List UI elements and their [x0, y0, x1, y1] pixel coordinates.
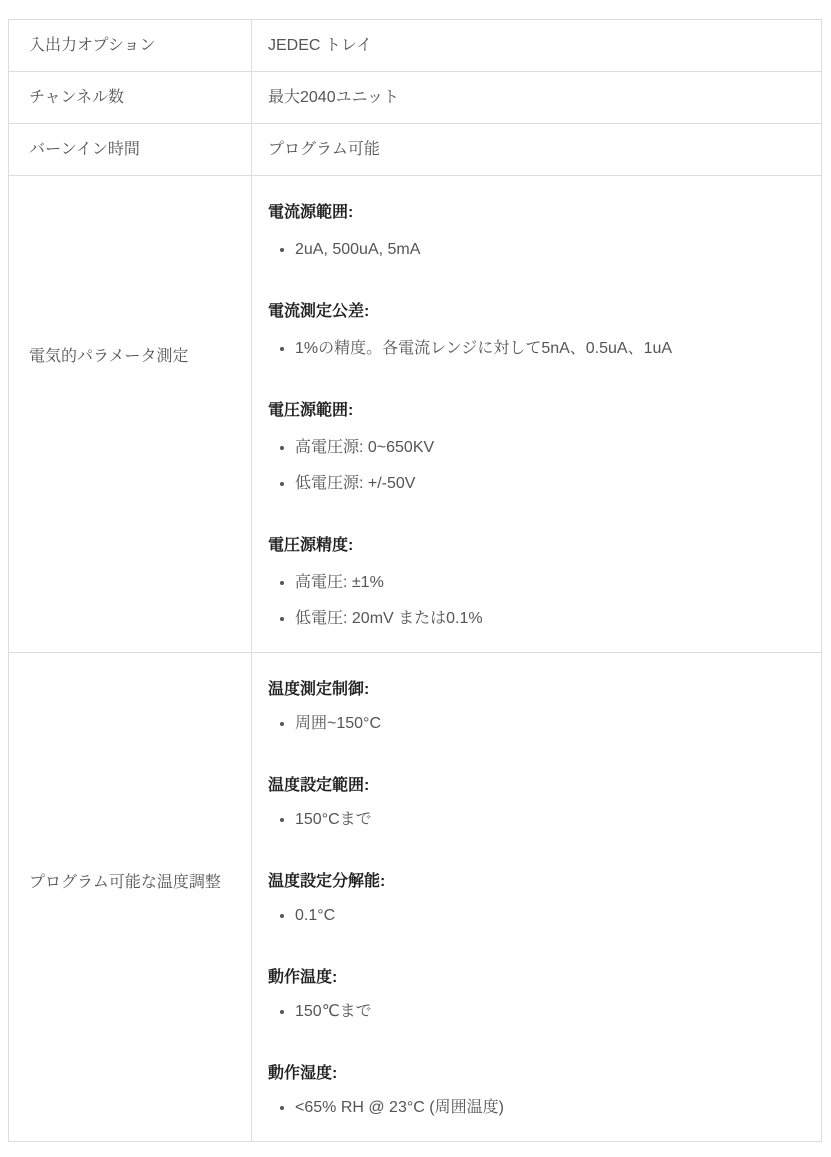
- spec-bullet-list: 1%の精度。各電流レンジに対して5nA、0.5uA、1uA: [268, 337, 801, 361]
- spec-bullet-item: 2uA, 500uA, 5mA: [295, 238, 801, 262]
- spec-value: プログラム可能: [252, 124, 822, 176]
- spec-bullet-list: 高電圧: ±1%低電圧: 20mV または0.1%: [268, 571, 801, 631]
- spec-bullet-item: 高電圧源: 0~650KV: [295, 436, 801, 460]
- spec-value-text: JEDEC トレイ: [268, 37, 372, 54]
- spec-section-title: 温度測定制御:: [268, 678, 801, 702]
- spec-label: 電気的パラメータ測定: [9, 176, 252, 653]
- spec-section-title: 動作湿度:: [268, 1062, 801, 1086]
- table-row: 電気的パラメータ測定電流源範囲:2uA, 500uA, 5mA電流測定公差:1%…: [9, 176, 822, 653]
- table-row: プログラム可能な温度調整温度測定制御:周囲~150°C温度設定範囲:150°Cま…: [9, 653, 822, 1142]
- spec-table-body: 入出力オプションJEDEC トレイチャンネル数最大2040ユニットバーンイン時間…: [9, 20, 822, 1142]
- spec-section-title: 電圧源範囲:: [268, 399, 801, 423]
- spec-bullet-item: 周囲~150°C: [295, 712, 801, 736]
- table-row: チャンネル数最大2040ユニット: [9, 72, 822, 124]
- spec-bullet-item: 0.1°C: [295, 904, 801, 928]
- spec-bullet-item: 高電圧: ±1%: [295, 571, 801, 595]
- spec-value: 電流源範囲:2uA, 500uA, 5mA電流測定公差:1%の精度。各電流レンジ…: [252, 176, 822, 653]
- spec-value: 温度測定制御:周囲~150°C温度設定範囲:150°Cまで温度設定分解能:0.1…: [252, 653, 822, 1142]
- spec-bullet-item: <65% RH @ 23°C (周囲温度): [295, 1096, 801, 1120]
- spec-bullet-item: 150℃まで: [295, 1000, 801, 1024]
- spec-section-title: 温度設定分解能:: [268, 870, 801, 894]
- spec-value: JEDEC トレイ: [252, 20, 822, 72]
- spec-bullet-list: 150°Cまで: [268, 808, 801, 832]
- spec-bullet-item: 低電圧源: +/-50V: [295, 472, 801, 496]
- spec-label: チャンネル数: [9, 72, 252, 124]
- spec-section-title: 電流測定公差:: [268, 300, 801, 324]
- spec-bullet-list: 周囲~150°C: [268, 712, 801, 736]
- spec-label: バーンイン時間: [9, 124, 252, 176]
- spec-section-title: 電圧源精度:: [268, 534, 801, 558]
- spec-bullet-list: <65% RH @ 23°C (周囲温度): [268, 1096, 801, 1120]
- spec-bullet-item: 1%の精度。各電流レンジに対して5nA、0.5uA、1uA: [295, 337, 801, 361]
- spec-bullet-item: 150°Cまで: [295, 808, 801, 832]
- spec-label: 入出力オプション: [9, 20, 252, 72]
- spec-bullet-list: 2uA, 500uA, 5mA: [268, 238, 801, 262]
- table-row: バーンイン時間プログラム可能: [9, 124, 822, 176]
- spec-value-text: 最大2040ユニット: [268, 89, 399, 106]
- spec-value: 最大2040ユニット: [252, 72, 822, 124]
- table-row: 入出力オプションJEDEC トレイ: [9, 20, 822, 72]
- spec-page: 入出力オプションJEDEC トレイチャンネル数最大2040ユニットバーンイン時間…: [0, 0, 831, 1157]
- spec-bullet-list: 0.1°C: [268, 904, 801, 928]
- spec-table: 入出力オプションJEDEC トレイチャンネル数最大2040ユニットバーンイン時間…: [8, 19, 822, 1142]
- spec-section-title: 電流源範囲:: [268, 201, 801, 225]
- spec-label: プログラム可能な温度調整: [9, 653, 252, 1142]
- spec-bullet-list: 高電圧源: 0~650KV低電圧源: +/-50V: [268, 436, 801, 496]
- spec-section-title: 温度設定範囲:: [268, 774, 801, 798]
- spec-value-text: プログラム可能: [268, 141, 380, 158]
- spec-bullet-item: 低電圧: 20mV または0.1%: [295, 607, 801, 631]
- spec-section-title: 動作温度:: [268, 966, 801, 990]
- spec-bullet-list: 150℃まで: [268, 1000, 801, 1024]
